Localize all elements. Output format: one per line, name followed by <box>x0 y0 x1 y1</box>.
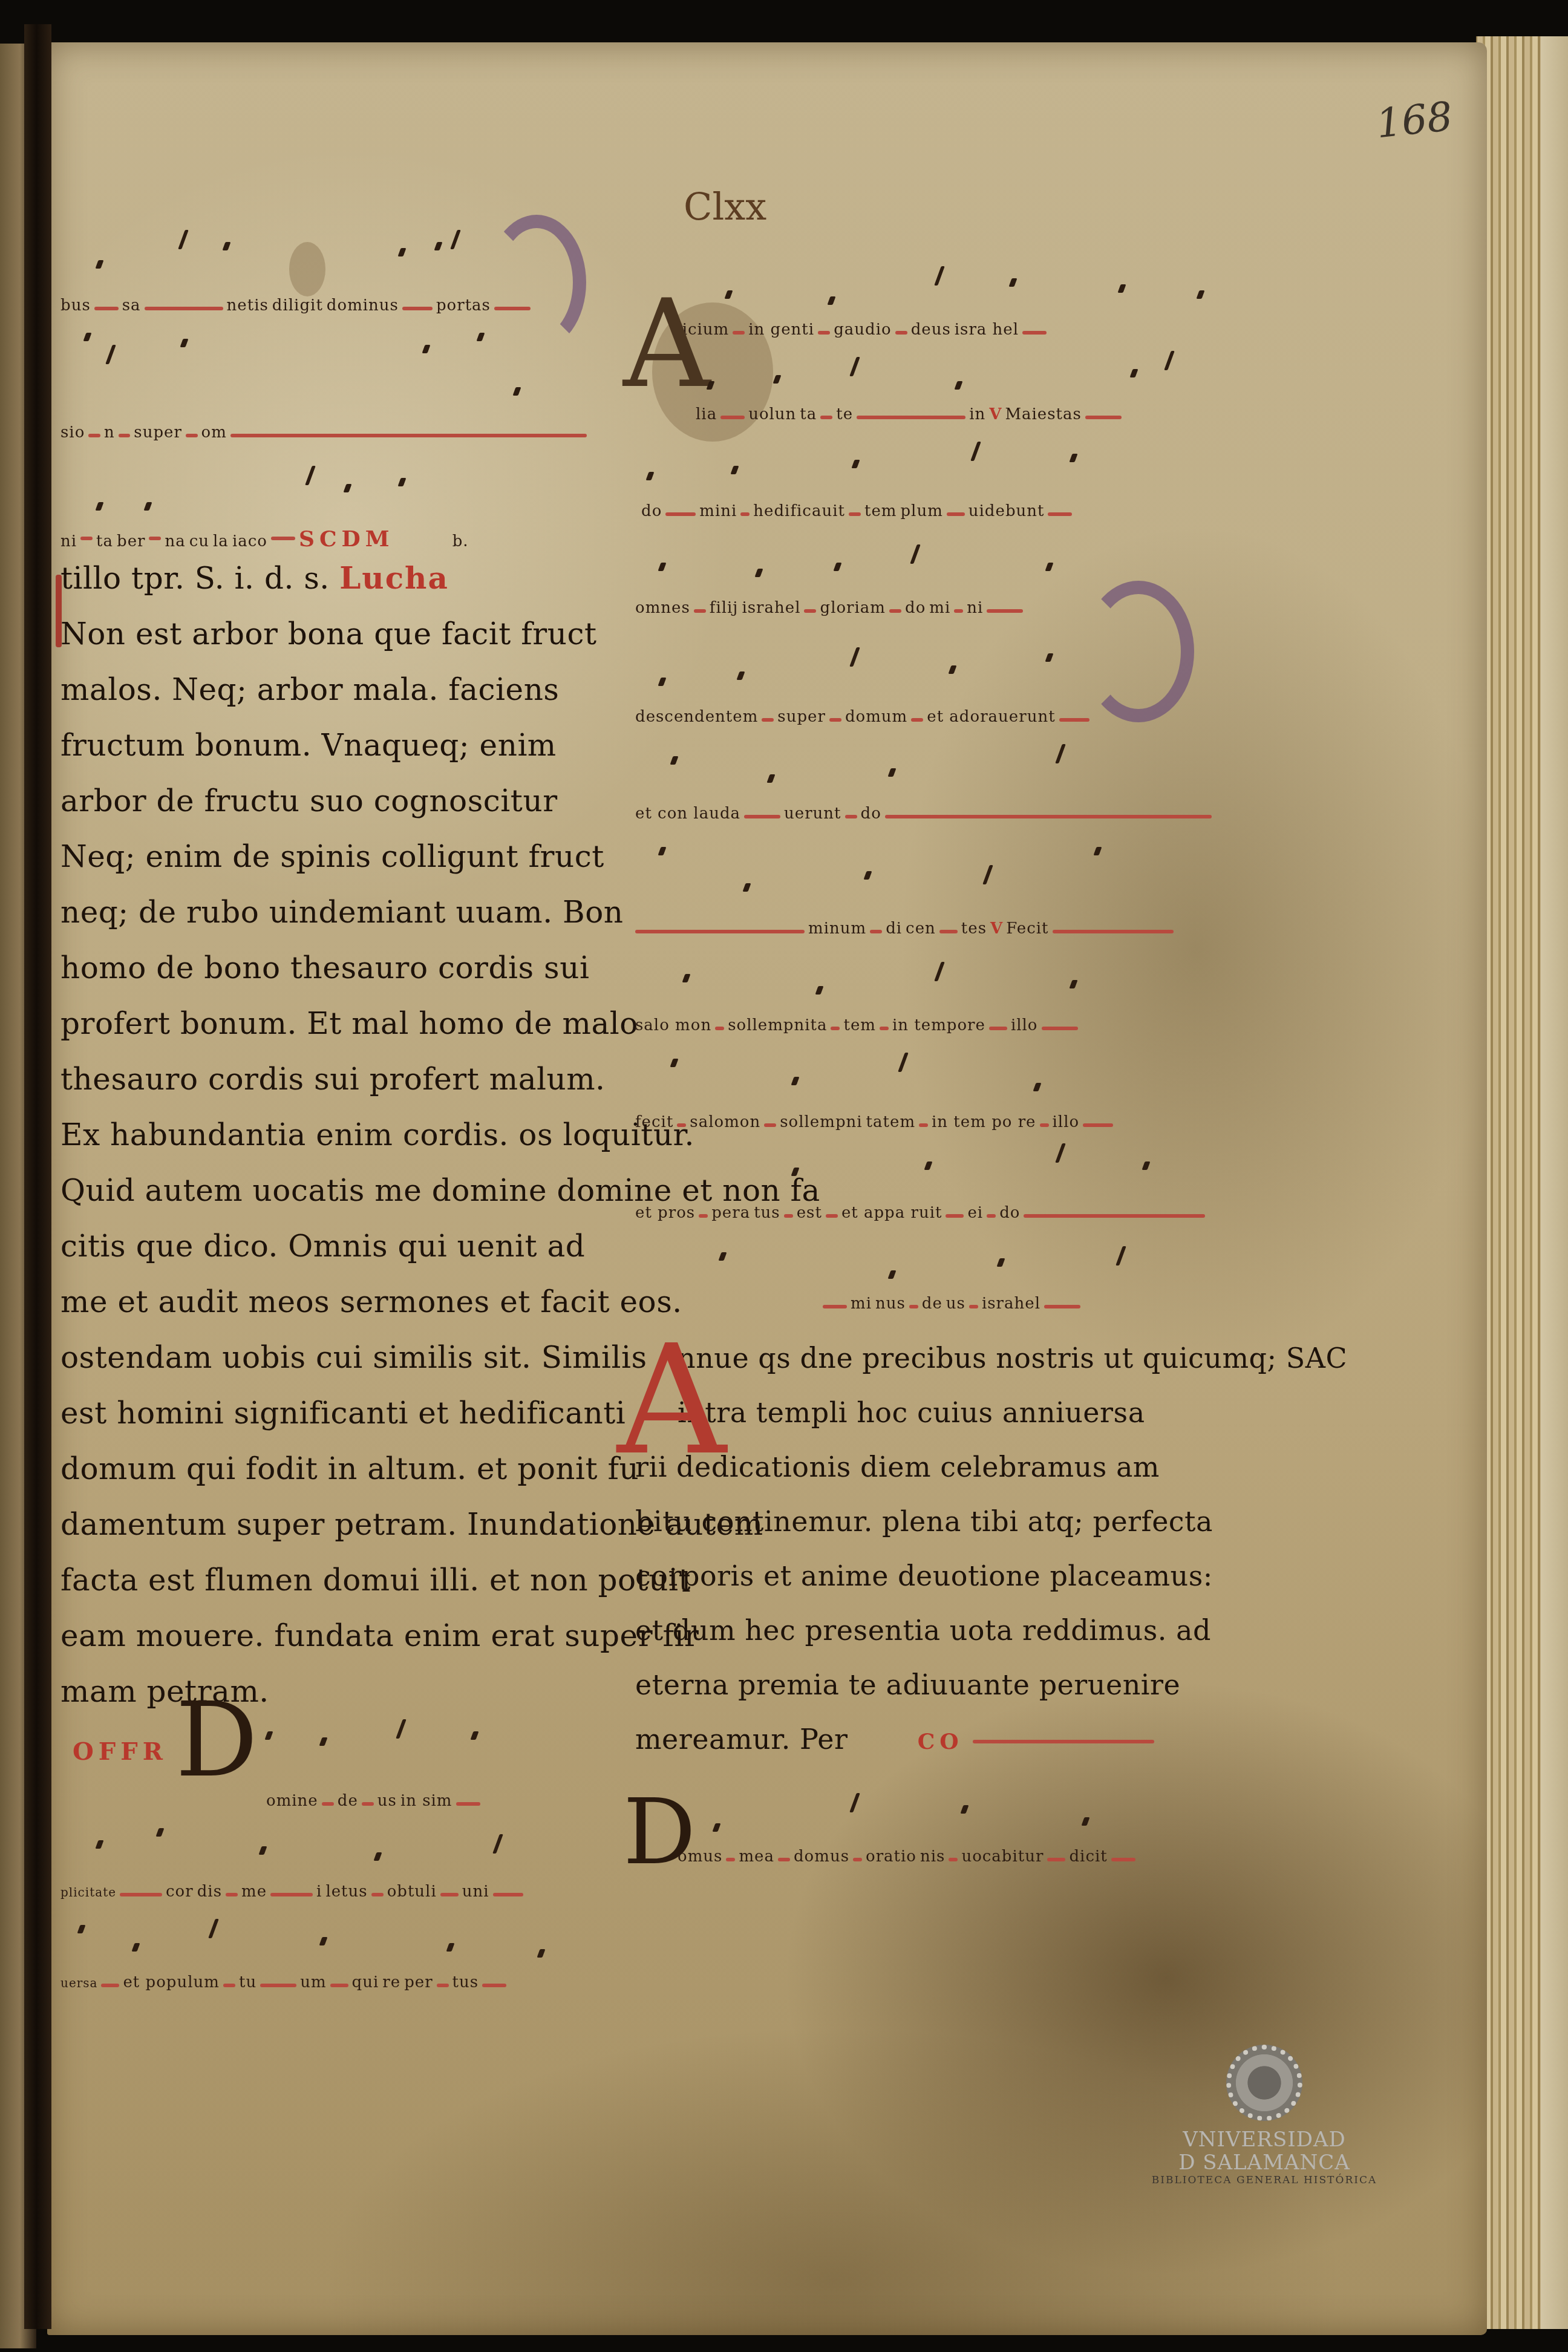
neume <box>658 678 666 686</box>
university-seal-icon <box>1226 2045 1302 2121</box>
secret-line: mereamur. Per CO <box>635 1712 1295 1769</box>
chant-syllable: us <box>946 1295 965 1313</box>
melisma-line <box>919 1123 928 1127</box>
chant-syllable: et adorauerunt <box>927 708 1055 726</box>
gospel-line: me et audit meos sermones et facit eos. <box>60 1274 587 1330</box>
neume <box>319 1737 327 1746</box>
red-initial-letter: A <box>617 1325 727 1476</box>
neume <box>470 1731 479 1740</box>
neume-line <box>635 430 1295 502</box>
gospel-line: Ex habundantia enim cordis. os loquitur. <box>60 1107 587 1163</box>
chant-line: omus mea domus oratio nis uocabitur dici… <box>678 1847 1135 1872</box>
chant-syllable: ta <box>800 405 817 423</box>
melisma-line <box>699 1214 708 1218</box>
chant-syllable: tem <box>864 502 897 520</box>
melisma-line <box>1024 1214 1205 1218</box>
chant-syllable: Maiestas <box>1005 405 1081 423</box>
gospel-line: mam petram. <box>60 1664 587 1719</box>
neume <box>397 478 406 486</box>
chant-syllable: om <box>201 423 227 442</box>
neume <box>863 871 872 880</box>
melisma-line <box>778 1858 790 1861</box>
neume <box>77 1925 85 1933</box>
melisma-line <box>260 1984 296 1987</box>
neume-line <box>60 448 587 526</box>
neume <box>724 290 733 299</box>
secret-line: bitu continemur. plena tibi atq; perfect… <box>635 1494 1295 1549</box>
melisma-line <box>762 718 774 722</box>
gospel-line: ostendam uobis cui similis sit. Similis <box>60 1330 587 1385</box>
melisma-line <box>720 416 745 419</box>
melisma-line <box>969 1305 978 1308</box>
neume <box>222 242 230 250</box>
chant-syllable: sollempnita <box>728 1016 827 1034</box>
melisma-line <box>402 307 433 310</box>
neume-line <box>635 254 1295 321</box>
neume-line <box>635 732 1295 805</box>
chant-syllable: te <box>836 405 853 423</box>
neume-line <box>635 1137 1295 1204</box>
gospel-rubric-line: tillo tpr. S. i. d. s. Lucha <box>60 550 587 606</box>
neume <box>730 466 739 474</box>
rubric-communion-label: CO <box>918 1729 964 1754</box>
chant-syllable: portas <box>436 296 491 315</box>
neume <box>849 1793 860 1812</box>
melisma-line <box>362 1802 374 1806</box>
chant-syllable: sa <box>122 296 141 315</box>
neume <box>773 375 781 384</box>
chant-syllable: mi <box>851 1295 872 1313</box>
chant-syllable: dominus <box>327 296 399 315</box>
melisma-line <box>818 331 830 335</box>
gospel-line: Neq; enim de spinis colligunt fruct <box>60 829 587 884</box>
melisma-line <box>94 307 119 310</box>
neume <box>887 768 896 777</box>
chant-syllable: descendentem <box>635 708 758 726</box>
chant-syllable: letus <box>325 1883 367 1901</box>
melisma-line <box>101 1984 119 1987</box>
chant-syllable: ei <box>967 1204 983 1222</box>
melisma-line <box>482 1984 506 1987</box>
chant-syllable: sollempni <box>780 1113 862 1131</box>
neume-line <box>635 944 1295 1016</box>
chant-syllable: oratio <box>866 1847 916 1866</box>
chant-syllable: et pros <box>635 1204 695 1222</box>
chant-syllable: illo <box>1011 1016 1038 1034</box>
chant-syllable: do <box>999 1204 1020 1222</box>
neume <box>422 345 430 353</box>
gospel-line: profert bonum. Et mal homo de malo <box>60 996 587 1051</box>
neume-line <box>635 623 1295 708</box>
neume <box>95 1840 103 1849</box>
melisma-line <box>635 930 805 933</box>
melisma-line <box>120 1893 162 1896</box>
neume <box>537 1949 545 1958</box>
neume <box>178 230 189 249</box>
chant-syllable: b. <box>452 532 469 550</box>
neume <box>83 333 91 341</box>
neume <box>396 1719 407 1739</box>
melisma-line <box>987 1214 996 1218</box>
chant-syllable: de <box>338 1792 358 1810</box>
neume <box>718 1252 727 1261</box>
chant-syllable: filij <box>710 599 739 617</box>
chant-syllable: us <box>377 1792 397 1810</box>
melisma-line <box>726 1858 735 1861</box>
neume <box>960 1805 969 1814</box>
neume <box>305 466 316 485</box>
chant-syllable: plum <box>900 502 942 520</box>
neume <box>982 865 993 884</box>
neume <box>996 1258 1005 1267</box>
neume <box>970 442 981 461</box>
chant-syllable: in sim <box>400 1792 452 1810</box>
chant-syllable: fecit <box>635 1113 673 1131</box>
neume <box>706 381 714 390</box>
chant-syllable: uersa <box>60 1976 97 1990</box>
melisma-line <box>119 434 131 437</box>
gospel-line: domum qui fodit in altum. et ponit fu <box>60 1441 587 1497</box>
rubric-gospel-label: Lucha <box>339 560 449 596</box>
secret-line: et dum hec presentia uota reddimus. ad <box>635 1603 1295 1658</box>
chant-syllable: et con lauda <box>635 805 740 823</box>
neume <box>1045 563 1053 571</box>
neume <box>658 563 666 571</box>
melisma-line <box>911 718 923 722</box>
gospel-line: thesauro cordis sui profert malum. <box>60 1051 587 1107</box>
melisma-line <box>849 512 861 516</box>
chant-syllable: re <box>382 1973 400 1991</box>
chant-line: fecit salomon sollempni tatem in tem po … <box>635 1113 1295 1137</box>
purple-initial-flourish <box>487 215 586 350</box>
neume <box>1045 653 1053 662</box>
chant-syllable: obtuli <box>387 1883 437 1901</box>
melisma-line <box>909 1305 918 1308</box>
neume <box>934 962 945 981</box>
chant-syllable: minum <box>808 920 866 938</box>
neume <box>397 248 406 256</box>
chant-syllable: et appa ruit <box>841 1204 942 1222</box>
melisma-line <box>456 1802 480 1806</box>
chant-line: salo mon sollempnita tem in tempore illo <box>635 1016 1295 1040</box>
melisma-line <box>880 1027 889 1030</box>
melisma-line <box>223 1984 235 1987</box>
chant-syllable: et populum <box>123 1973 220 1991</box>
melisma-line <box>1048 512 1072 516</box>
chant-line: uersa et populum tu um qui re per tus <box>60 1973 587 1998</box>
neume-line <box>60 1816 587 1883</box>
melisma-line <box>895 331 907 335</box>
melisma-line <box>885 815 1212 818</box>
neume <box>1008 278 1017 287</box>
folio-number: 168 <box>1374 93 1454 148</box>
neume <box>742 883 751 892</box>
chant-line: ni ta ber na cu la iaco SCDM b. <box>60 526 587 550</box>
neume <box>1129 369 1138 377</box>
melisma-line <box>870 930 882 933</box>
chant-syllable: cu <box>189 532 209 550</box>
melisma-line <box>1111 1858 1135 1861</box>
chant-syllable: dicit <box>1069 1847 1107 1866</box>
neume <box>95 502 103 511</box>
melisma-line <box>270 1893 313 1896</box>
chant-line: plicitate cor dis me i letus obtuli uni <box>60 1883 587 1907</box>
rubric-verse-mark: V <box>989 405 1001 423</box>
chant-syllable: isra hel <box>955 321 1019 339</box>
chant-syllable: omnes <box>635 599 690 617</box>
rubric-offertory-label: OFFR <box>73 1737 168 1766</box>
chant-syllable: in genti <box>748 321 814 339</box>
chant-syllable: uni <box>462 1883 489 1901</box>
secret-line: intra templi hoc cuius anniuersa <box>678 1385 1295 1440</box>
chant-syllable: i <box>316 1883 322 1901</box>
chant-syllable: est <box>797 1204 822 1222</box>
melisma-line <box>1044 1305 1080 1308</box>
neume <box>934 266 945 286</box>
neume <box>1093 847 1102 855</box>
gutter-shadow <box>24 24 51 2329</box>
gospel-line: facta est flumen domui illi. et non potu… <box>60 1552 587 1608</box>
chant-syllable: super <box>777 708 826 726</box>
chant-line: A dicium in genti gaudio deus isra hel <box>671 321 1295 345</box>
neume <box>492 1834 503 1854</box>
gospel-line: malos. Neq; arbor mala. faciens <box>60 662 587 717</box>
university-watermark: VNIVERSIDAD D SALAMANCA BIBLIOTECA GENER… <box>1125 2045 1403 2186</box>
chant-syllable: ni <box>60 532 77 550</box>
melisma-line <box>764 1123 776 1127</box>
chant-syllable: mini <box>699 502 737 520</box>
chant-syllable: gloriam <box>820 599 886 617</box>
melisma-line <box>949 1858 958 1861</box>
neume-line <box>635 1228 1295 1295</box>
melisma-line <box>889 609 901 613</box>
chant-line: omnes filij israhel gloriam do mi ni <box>635 599 1295 623</box>
secret-line: nnue qs dne precibus nostris ut quicumq;… <box>678 1331 1295 1385</box>
chant-syllable: um <box>300 1973 326 1991</box>
gospel-line: neq; de rubo uindemiant uuam. Bon <box>60 884 587 940</box>
chant-syllable: de <box>922 1295 942 1313</box>
neume <box>208 1919 219 1938</box>
chant-syllable: deus <box>911 321 951 339</box>
chant-syllable: diligit <box>272 296 323 315</box>
neume <box>898 1053 909 1072</box>
chant-line: minum di cen tes V Fecit <box>635 920 1295 944</box>
melisma-line <box>271 537 295 540</box>
neume <box>849 357 860 376</box>
neume <box>434 242 442 250</box>
chant-syllable: ni <box>967 599 983 617</box>
chant-syllable: salomon <box>690 1113 760 1131</box>
chant-syllable: domus <box>794 1847 849 1866</box>
chant-syllable: me <box>241 1883 267 1901</box>
neume <box>1055 744 1066 763</box>
neume <box>1142 1161 1150 1170</box>
neume <box>910 544 921 564</box>
melisma-line <box>715 1027 724 1030</box>
melisma-line <box>145 307 223 310</box>
chant-syllable: ta <box>96 532 113 550</box>
secret-prayer-block: A nnue qs dne precibus nostris ut quicum… <box>635 1331 1295 1769</box>
melisma-line <box>831 1027 840 1030</box>
rubric-verse-mark: V <box>990 920 1002 938</box>
neume <box>373 1852 382 1861</box>
watermark-line-salamanca: D SALAMANCA <box>1125 2151 1403 2174</box>
melisma-line <box>437 1984 449 1987</box>
neume <box>754 569 763 577</box>
neume <box>1117 284 1126 293</box>
melisma-line <box>829 718 841 722</box>
melisma-line <box>857 416 965 419</box>
chant-syllable: sio <box>60 423 85 442</box>
chant-syllable: netis <box>227 296 269 315</box>
chant-syllable: tus <box>754 1204 780 1222</box>
neume-line <box>635 345 1295 405</box>
melisma-line <box>1083 1123 1113 1127</box>
neume <box>476 333 485 341</box>
melisma-line <box>1040 1123 1049 1127</box>
melisma-line <box>226 1893 238 1896</box>
neume <box>712 1823 720 1832</box>
melisma-line <box>1042 1027 1078 1030</box>
chant-syllable: plicitate <box>60 1885 116 1900</box>
chant-syllable: do <box>861 805 881 823</box>
chant-syllable: salo mon <box>635 1016 711 1034</box>
melisma-line <box>371 1893 384 1896</box>
neume <box>645 472 654 480</box>
chant-syllable: di <box>886 920 902 938</box>
chant-syllable: ber <box>117 532 145 550</box>
chant-syllable: do <box>905 599 926 617</box>
neume <box>95 260 103 269</box>
chant-syllable: cen <box>906 920 936 938</box>
rubric-sequence-label: SCDM <box>299 526 394 552</box>
neume <box>1033 1083 1041 1091</box>
neume-line <box>635 829 1295 920</box>
offertory-header: OFFR D <box>60 1719 587 1792</box>
melisma-line <box>330 1984 348 1987</box>
gospel-line: est homini significanti et hedificanti <box>60 1385 587 1441</box>
chant-syllable: bus <box>60 296 91 315</box>
chant-syllable: nus <box>875 1295 906 1313</box>
chant-line: do mini hedificauit tem plum uidebunt <box>641 502 1295 526</box>
neume <box>131 1943 140 1952</box>
chant-syllable: illo <box>1053 1113 1080 1131</box>
secret-line: rii dedicationis diem celebramus am <box>635 1440 1295 1494</box>
chant-syllable: mi <box>929 599 950 617</box>
roman-foliation: Clxx <box>684 185 766 229</box>
fore-edge-underlay <box>1541 36 1568 2329</box>
melisma-line <box>784 1214 793 1218</box>
melisma-line <box>954 609 963 613</box>
chant-syllable: in tempore <box>892 1016 985 1034</box>
neume <box>155 1828 164 1837</box>
chant-syllable: in <box>969 405 985 423</box>
neume-line <box>60 1907 587 1973</box>
neume <box>180 339 188 347</box>
chant-line: omine de us in sim <box>266 1792 587 1816</box>
melisma-line <box>820 416 832 419</box>
melisma-line <box>733 331 745 335</box>
neume <box>849 647 860 667</box>
neume <box>1116 1246 1126 1266</box>
neume <box>258 1846 267 1855</box>
melisma-line <box>740 512 750 516</box>
neume <box>143 502 152 511</box>
neume <box>948 665 956 674</box>
secret-line: eterna premia te adiuuante peruenire <box>635 1658 1295 1712</box>
chant-line: lia uolun ta te in V Maiestas <box>696 405 1295 430</box>
communion-block: D omus mea domus oratio nis uocabitur di… <box>635 1781 1295 1884</box>
chant-syllable: tes <box>961 920 987 938</box>
neume <box>736 671 745 680</box>
melisma-line <box>322 1802 334 1806</box>
chant-line: sio n super om <box>60 423 587 448</box>
chant-syllable: la <box>213 532 229 550</box>
neume <box>1055 1143 1066 1163</box>
neume-line <box>635 1040 1295 1113</box>
neume <box>833 563 841 571</box>
neume <box>851 460 860 468</box>
neume <box>264 1731 273 1740</box>
melisma-line <box>1059 718 1089 722</box>
neume <box>887 1270 896 1279</box>
melisma-line <box>230 434 587 437</box>
neume <box>791 1077 799 1085</box>
melisma-line <box>744 815 780 818</box>
chant-syllable: tu <box>239 1973 256 1991</box>
melisma-line <box>804 609 816 613</box>
gospel-line: Quid autem uocatis me domine domine et n… <box>60 1163 587 1218</box>
neume <box>1081 1817 1089 1826</box>
chant-syllable: israhel <box>742 599 800 617</box>
neume <box>670 1059 678 1067</box>
melisma-line <box>440 1893 459 1896</box>
melisma-line <box>186 434 198 437</box>
melisma-line <box>845 815 857 818</box>
chant-syllable: hedificauit <box>753 502 845 520</box>
neume <box>1164 351 1175 370</box>
chant-syllable: omus <box>678 1847 722 1866</box>
neume <box>827 296 835 305</box>
melisma-line <box>677 1123 686 1127</box>
melisma-line <box>1053 930 1174 933</box>
melisma-line <box>493 1893 523 1896</box>
neume <box>343 484 351 492</box>
decorated-initial: D <box>175 1689 258 1792</box>
neume <box>670 756 678 765</box>
chant-syllable: per <box>404 1973 433 1991</box>
neume <box>319 1937 327 1945</box>
chant-syllable: Fecit <box>1006 920 1048 938</box>
melisma-line <box>947 512 965 516</box>
neume <box>512 387 521 396</box>
neume-line <box>635 526 1295 599</box>
gospel-text-block: Non est arbor bona que facit fruct malos… <box>60 606 587 1719</box>
gospel-line: citis que dico. Omnis qui uenit ad <box>60 1218 587 1274</box>
melisma-line <box>826 1214 838 1218</box>
neume <box>791 1168 799 1176</box>
neume <box>924 1161 932 1170</box>
melisma-line <box>694 609 706 613</box>
chant-syllable: omine <box>266 1792 318 1810</box>
right-column: A dicium in genti gaudio deus isra hel l… <box>635 254 1295 1884</box>
watermark-line-library: BIBLIOTECA GENERAL HISTÓRICA <box>1125 2174 1403 2186</box>
neume <box>658 847 666 855</box>
chant-syllable: mea <box>739 1847 774 1866</box>
secret-line: corporis et anime deuotione placeamus: <box>635 1549 1295 1603</box>
melisma-line <box>987 609 1023 613</box>
neume <box>1196 290 1204 299</box>
